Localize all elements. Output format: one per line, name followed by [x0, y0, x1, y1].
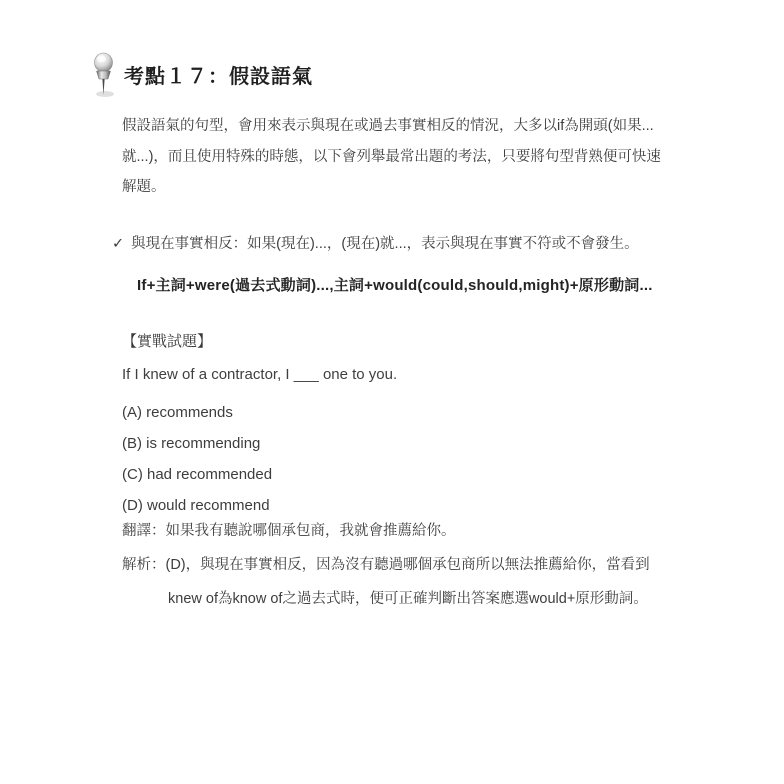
option-d: (D) would recommend: [122, 490, 272, 521]
question-text: If I knew of a contractor, I ___ one to …: [122, 366, 397, 383]
analysis-line-2: knew of為know of之過去式時，便可正確判斷出答案應選would+原形…: [168, 587, 758, 608]
practice-section-title: 【實戰試題】: [122, 330, 212, 351]
option-c: (C) had recommended: [122, 459, 272, 490]
intro-paragraph: 假設語氣的句型，會用來表示與現在或過去事實相反的情況，大多以if為開頭(如果..…: [122, 111, 728, 203]
rule-line: ✓與現在事實相反：如果(現在)...，(現在)就...，表示與現在事實不符或不會…: [112, 234, 742, 254]
title-row: 考點１７：假設語氣: [88, 52, 313, 100]
intro-line-1: 假設語氣的句型，會用來表示與現在或過去事實相反的情況，大多以if為開頭(如果..…: [122, 111, 728, 142]
intro-line-3: 解題。: [122, 172, 728, 203]
rule-formula: If+主詞+were(過去式動詞)...,主詞+would(could,shou…: [137, 274, 653, 295]
intro-line-2: 就...)，而且使用特殊的時態，以下會列舉最常出題的考法，只要將句型背熟便可快速: [122, 142, 728, 173]
option-b: (B) is recommending: [122, 428, 272, 459]
translation-text: 翻譯：如果我有聽說哪個承包商，我就會推薦給你。: [122, 519, 742, 540]
document-page: 考點１７：假設語氣 假設語氣的句型，會用來表示與現在或過去事實相反的情況，大多以…: [0, 0, 784, 784]
page-title: 考點１７：假設語氣: [124, 65, 313, 89]
options-list: (A) recommends (B) is recommending (C) h…: [122, 397, 272, 521]
rule-description: 與現在事實相反：如果(現在)...，(現在)就...，表示與現在事實不符或不會發…: [131, 236, 638, 252]
option-a: (A) recommends: [122, 397, 272, 428]
analysis-line-1: 解析：(D)，與現在事實相反，因為沒有聽過哪個承包商所以無法推薦給你，當看到: [122, 553, 752, 574]
pushpin-icon: [88, 52, 120, 100]
check-icon: ✓: [112, 236, 124, 252]
